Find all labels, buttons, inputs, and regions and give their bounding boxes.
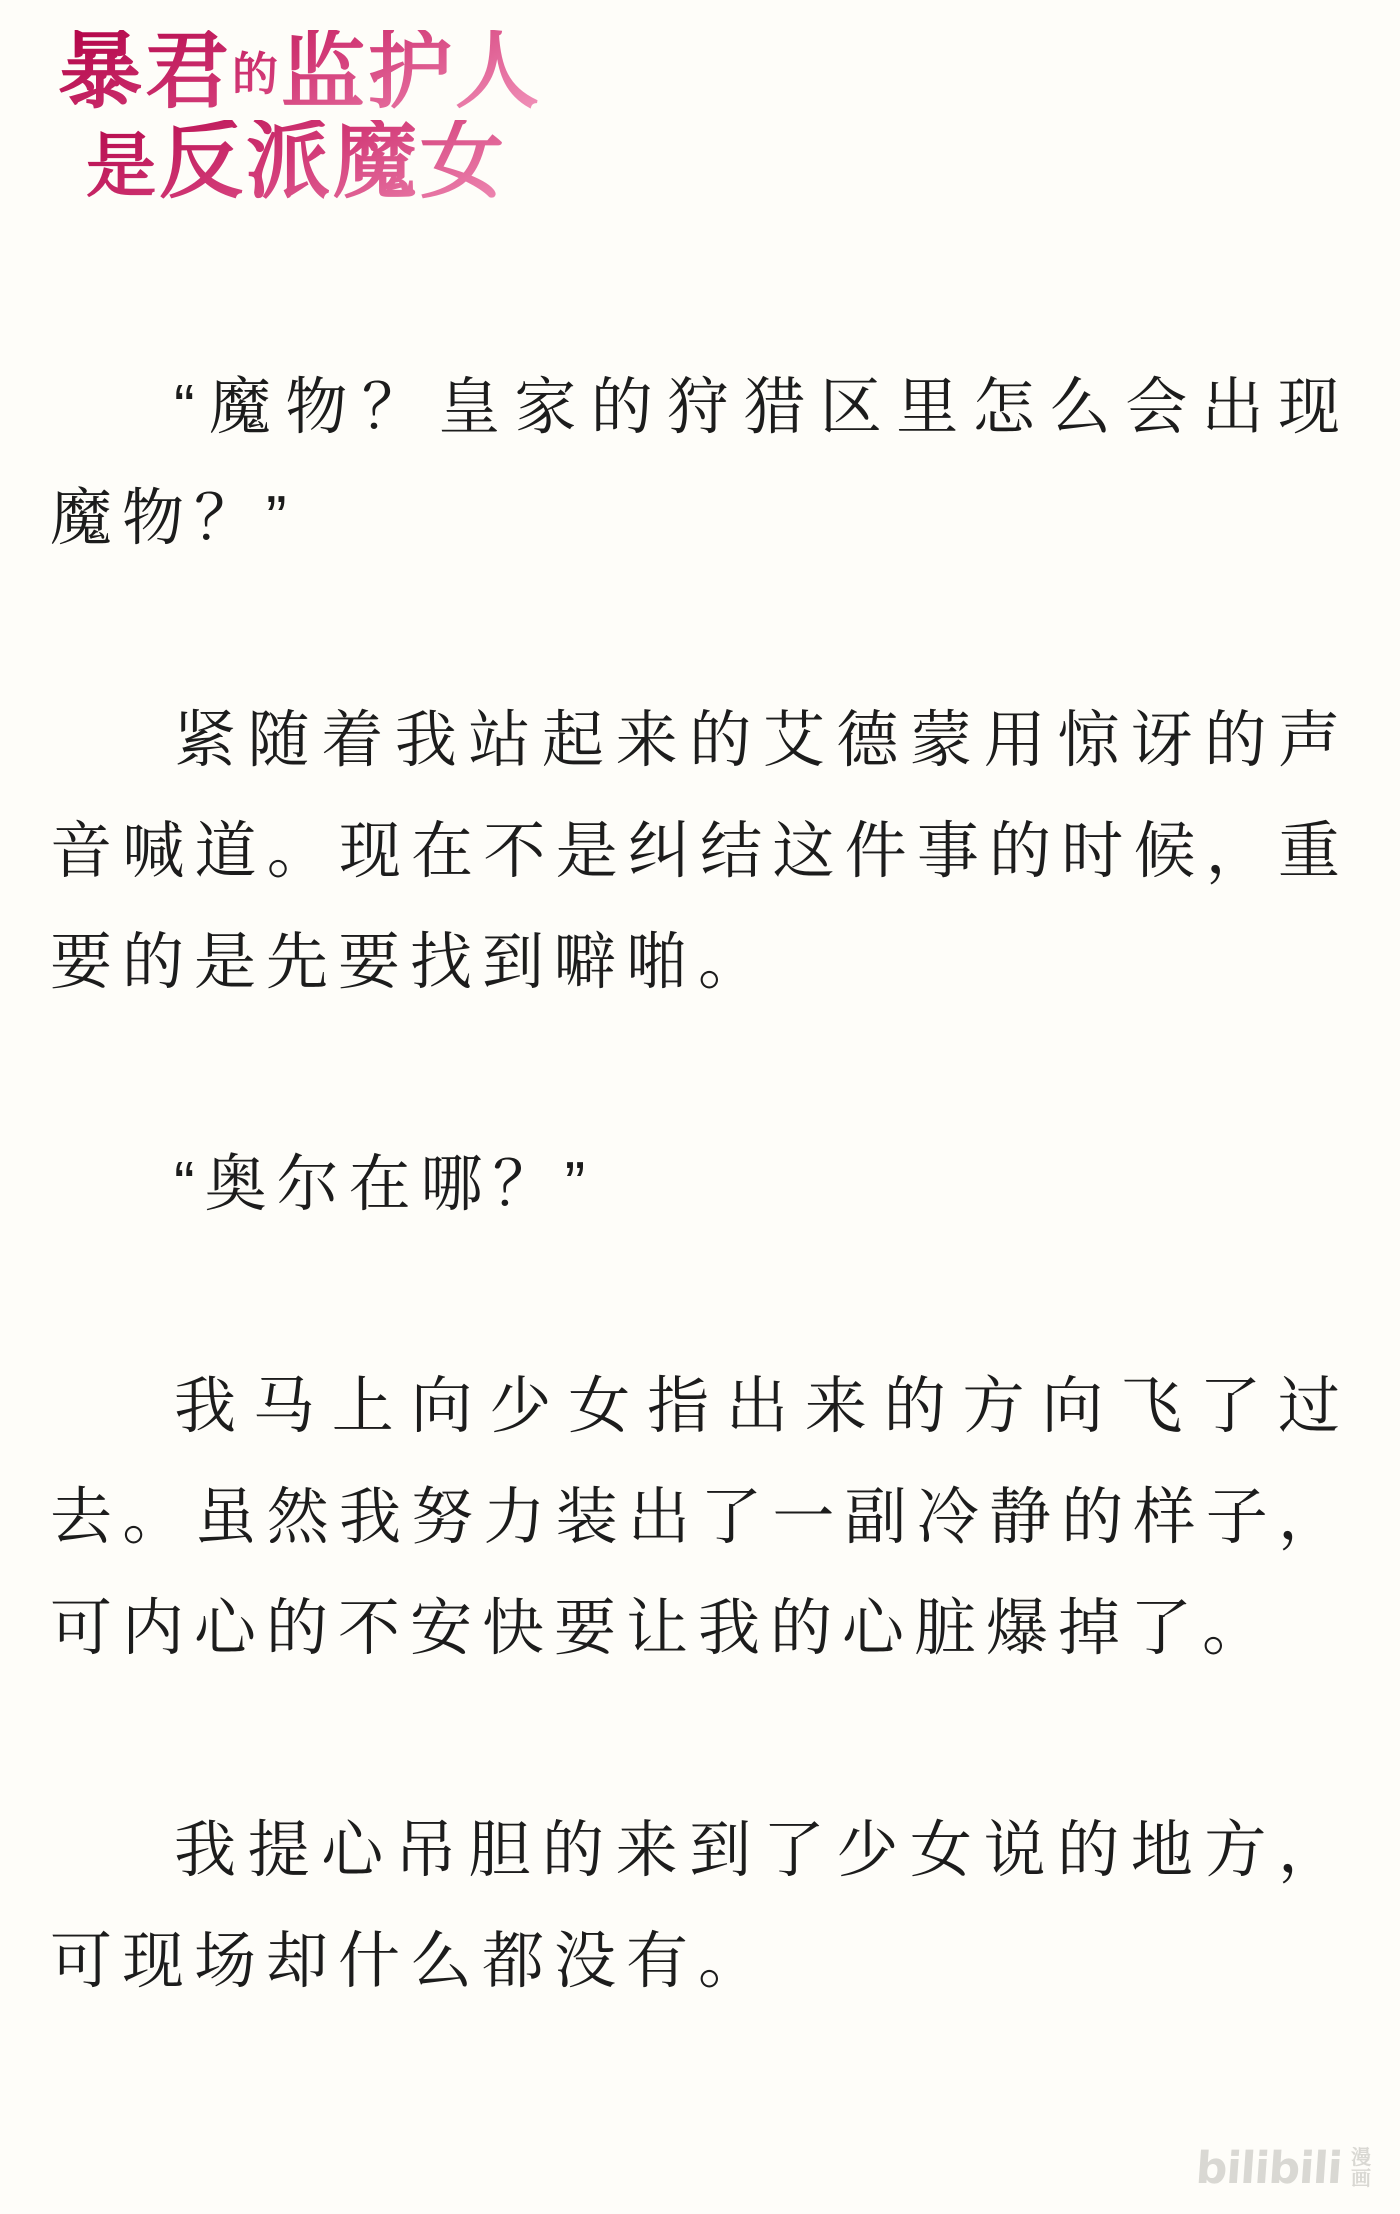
paragraph: 我马上向少女指出来的方向飞了过去。虽然我努力装出了一副冷静的样子，可内心的不安快… <box>50 1351 1350 1684</box>
logo-text-part: 暴君 <box>58 26 232 119</box>
logo-text-part: 监护人 <box>281 26 542 119</box>
manga-label: 漫画 <box>1351 2148 1374 2190</box>
logo-text-part: 反派魔女 <box>159 116 507 209</box>
logo-title-line2: 是反派魔女 <box>58 120 542 206</box>
logo-title-line1: 暴君的监护人 <box>58 30 542 116</box>
paragraph: “奥尔在哪？” <box>50 1129 1350 1240</box>
bilibili-watermark: bilibili 漫画 <box>1196 2143 1374 2194</box>
logo-text-part-medium: 是 <box>86 129 159 206</box>
logo-text-part-small: 的 <box>232 49 281 100</box>
paragraph: 我提心吊胆的来到了少女说的地方，可现场却什么都没有。 <box>50 1795 1350 2017</box>
series-logo: 暴君的监护人 是反派魔女 <box>58 30 542 205</box>
story-text: “魔物？皇家的狩猎区里怎么会出现魔物？”紧随着我站起来的艾德蒙用惊讶的声音喊道。… <box>50 352 1350 2128</box>
paragraph: 紧随着我站起来的艾德蒙用惊讶的声音喊道。现在不是纠结这件事的时候，重要的是先要找… <box>50 685 1350 1018</box>
paragraph: “魔物？皇家的狩猎区里怎么会出现魔物？” <box>50 352 1350 574</box>
bilibili-wordmark: bilibili <box>1194 2143 1343 2194</box>
